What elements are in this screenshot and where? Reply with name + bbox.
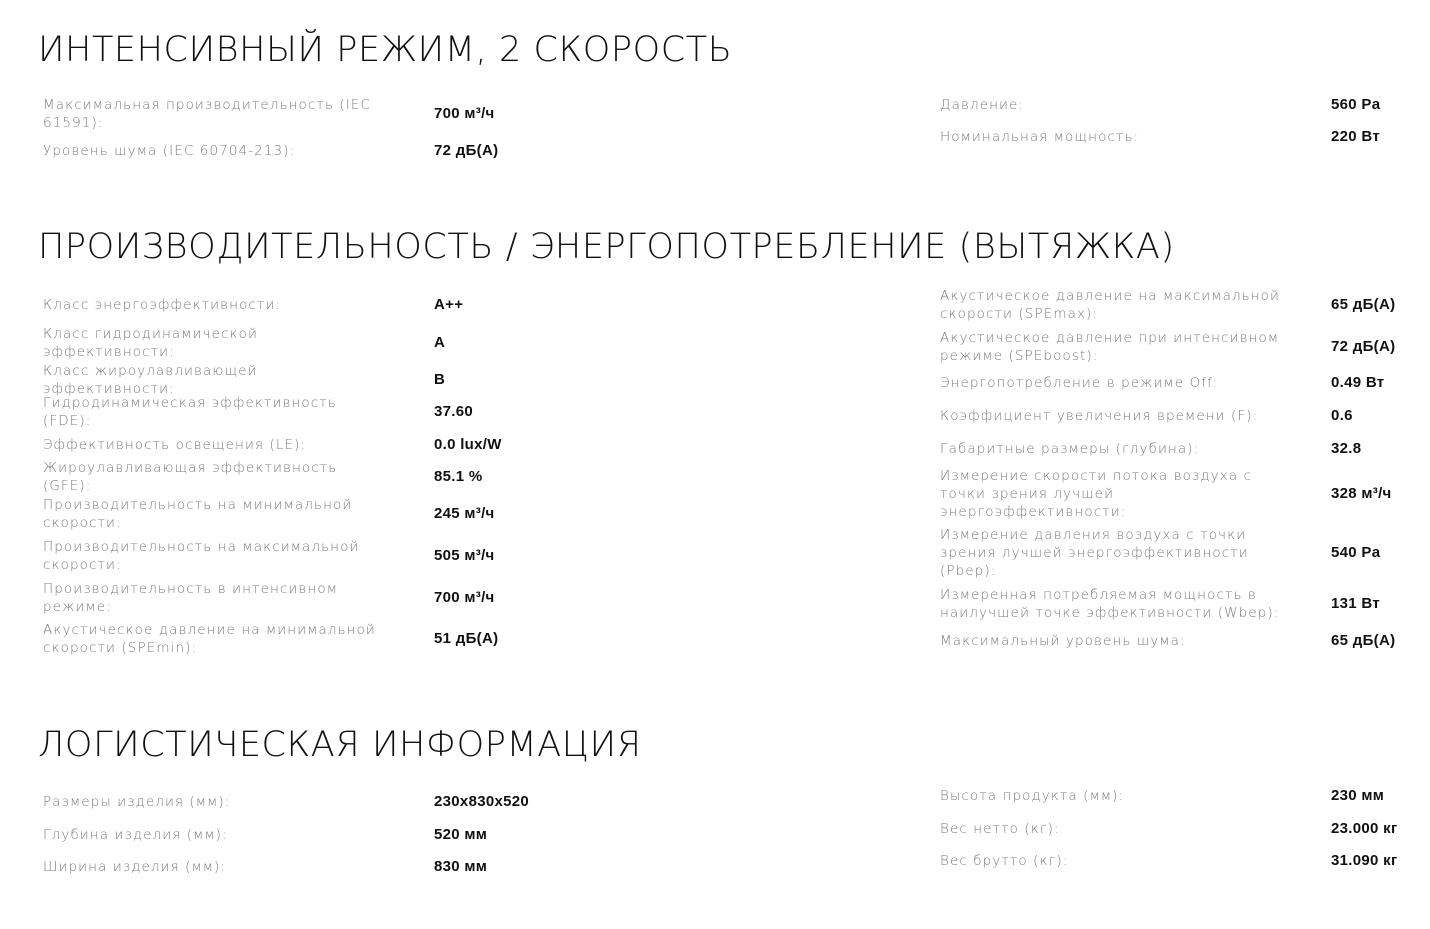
spec-value: 65 дБ(А)	[1331, 296, 1395, 314]
spec-value: 328 м³/ч	[1331, 485, 1392, 503]
spec-row: Давление: 560 Pa	[940, 89, 1418, 121]
spec-value: 230x830x520	[434, 793, 529, 811]
spec-row: Коэффициент увеличения времени (F): 0.6	[940, 399, 1418, 432]
spec-row: Акустическое давление на максимальной ск…	[940, 284, 1418, 326]
spec-row: Класс гидродинамической эффективности: A	[43, 322, 523, 364]
spec-row: Высота продукта (мм): 230 мм	[940, 780, 1418, 812]
spec-row: Класс энергоэффективности: A++	[43, 287, 523, 322]
spec-row: Производительность на минимальной скорос…	[43, 493, 523, 535]
spec-row: Вес нетто (кг): 23.000 кг	[940, 813, 1418, 845]
spec-label: Акустическое давление на минимальной ско…	[43, 621, 388, 657]
spec-label: Жироулавливающая эффективность (GFE):	[43, 459, 388, 495]
spec-value: 230 мм	[1331, 787, 1384, 805]
spec-value: 220 Вт	[1331, 128, 1380, 146]
spec-label: Измеренная потребляемая мощность в наилу…	[940, 586, 1290, 622]
spec-label: Производительность на минимальной скорос…	[43, 496, 388, 532]
spec-label: Вес нетто (кг):	[940, 820, 1290, 838]
spec-row: Производительность в интенсивном режиме:…	[43, 577, 523, 618]
spec-row: Класс жироулавливающей эффективности: B	[43, 364, 523, 396]
spec-label: Эффективность освещения (LE):	[43, 436, 388, 454]
spec-row: Размеры изделия (мм): 230x830x520	[43, 786, 523, 818]
spec-value: 700 м³/ч	[434, 589, 495, 607]
spec-row: Максимальная производительность (IEC 615…	[43, 93, 523, 135]
section-intensive-mode: ИНТЕНСИВНЫЙ РЕЖИМ, 2 СКОРОСТЬ Максимальн…	[38, 30, 1418, 70]
spec-label: Максимальная производительность (IEC 615…	[43, 96, 388, 132]
spec-value: B	[434, 371, 445, 389]
spec-value: 131 Вт	[1331, 595, 1380, 613]
spec-label: Высота продукта (мм):	[940, 787, 1290, 805]
spec-row: Акустическое давление на минимальной ско…	[43, 618, 523, 660]
spec-value: A	[434, 334, 445, 352]
spec-value: 37.60	[434, 403, 473, 421]
spec-row: Измерение давления воздуха с точки зрени…	[940, 525, 1418, 581]
spec-row: Измерение скорости потока воздуха с точк…	[940, 465, 1418, 523]
spec-row: Энергопотребление в режиме Off: 0.49 Вт	[940, 367, 1418, 399]
spec-value: 51 дБ(А)	[434, 630, 498, 648]
spec-label: Производительность в интенсивном режиме:	[43, 580, 388, 616]
spec-value: A++	[434, 296, 463, 314]
spec-row: Акустическое давление при интенсивном ре…	[940, 326, 1418, 367]
spec-label: Вес брутто (кг):	[940, 852, 1290, 870]
spec-value: 245 м³/ч	[434, 505, 495, 523]
spec-value: 560 Pa	[1331, 96, 1380, 114]
spec-row: Уровень шума (IEC 60704-213): 72 дБ(А)	[43, 135, 523, 167]
spec-label: Коэффициент увеличения времени (F):	[940, 407, 1290, 425]
spec-value: 0.0 lux/W	[434, 436, 502, 454]
spec-value: 72 дБ(А)	[434, 142, 498, 160]
spec-value: 520 мм	[434, 826, 487, 844]
spec-label: Акустическое давление при интенсивном ре…	[940, 329, 1290, 365]
spec-value: 540 Pa	[1331, 544, 1380, 562]
spec-row: Эффективность освещения (LE): 0.0 lux/W	[43, 428, 523, 461]
section-performance-energy: ПРОИЗВОДИТЕЛЬНОСТЬ / ЭНЕРГОПОТРЕБЛЕНИЕ (…	[38, 227, 1418, 267]
spec-label: Гидродинамическая эффективность (FDE):	[43, 394, 388, 430]
spec-label: Класс жироулавливающей эффективности:	[43, 362, 388, 398]
spec-label: Размеры изделия (мм):	[43, 793, 388, 811]
spec-label: Габаритные размеры (глубина):	[940, 440, 1290, 458]
spec-row: Жироулавливающая эффективность (GFE): 85…	[43, 461, 523, 493]
spec-value: 700 м³/ч	[434, 105, 495, 123]
spec-label: Давление:	[940, 96, 1290, 114]
spec-label: Измерение давления воздуха с точки зрени…	[940, 526, 1290, 580]
spec-row: Глубина изделия (мм): 520 мм	[43, 818, 523, 851]
spec-value: 505 м³/ч	[434, 547, 495, 565]
spec-label: Глубина изделия (мм):	[43, 826, 388, 844]
section-title: ИНТЕНСИВНЫЙ РЕЖИМ, 2 СКОРОСТЬ	[38, 30, 1418, 70]
spec-row: Номинальная мощность: 220 Вт	[940, 121, 1418, 153]
spec-label: Измерение скорости потока воздуха с точк…	[940, 467, 1290, 521]
section-title: ПРОИЗВОДИТЕЛЬНОСТЬ / ЭНЕРГОПОТРЕБЛЕНИЕ (…	[38, 227, 1418, 267]
spec-row: Гидродинамическая эффективность (FDE): 3…	[43, 396, 523, 428]
spec-value: 32.8	[1331, 440, 1361, 458]
spec-label: Производительность на максимальной скоро…	[43, 538, 388, 574]
spec-value: 23.000 кг	[1331, 820, 1398, 838]
spec-value: 0.6	[1331, 407, 1353, 425]
spec-row: Габаритные размеры (глубина): 32.8	[940, 432, 1418, 465]
spec-label: Номинальная мощность:	[940, 128, 1290, 146]
spec-value: 72 дБ(А)	[1331, 338, 1395, 356]
spec-row: Производительность на максимальной скоро…	[43, 535, 523, 577]
spec-label: Класс гидродинамической эффективности:	[43, 325, 388, 361]
spec-label: Ширина изделия (мм):	[43, 858, 388, 876]
spec-row: Вес брутто (кг): 31.090 кг	[940, 845, 1418, 877]
section-logistics: ЛОГИСТИЧЕСКАЯ ИНФОРМАЦИЯ Размеры изделия…	[38, 725, 1418, 765]
spec-row: Ширина изделия (мм): 830 мм	[43, 851, 523, 883]
spec-label: Класс энергоэффективности:	[43, 296, 388, 314]
spec-value: 0.49 Вт	[1331, 374, 1384, 392]
spec-label: Акустическое давление на максимальной ск…	[940, 287, 1290, 323]
spec-value: 65 дБ(А)	[1331, 632, 1395, 650]
spec-label: Энергопотребление в режиме Off:	[940, 374, 1290, 392]
spec-row: Максимальный уровень шума: 65 дБ(А)	[940, 625, 1418, 657]
spec-row: Измеренная потребляемая мощность в наилу…	[940, 584, 1418, 624]
section-title: ЛОГИСТИЧЕСКАЯ ИНФОРМАЦИЯ	[38, 725, 1418, 765]
spec-label: Уровень шума (IEC 60704-213):	[43, 142, 388, 160]
spec-value: 85.1 %	[434, 468, 483, 486]
spec-value: 830 мм	[434, 858, 487, 876]
spec-label: Максимальный уровень шума:	[940, 632, 1290, 650]
spec-value: 31.090 кг	[1331, 852, 1398, 870]
